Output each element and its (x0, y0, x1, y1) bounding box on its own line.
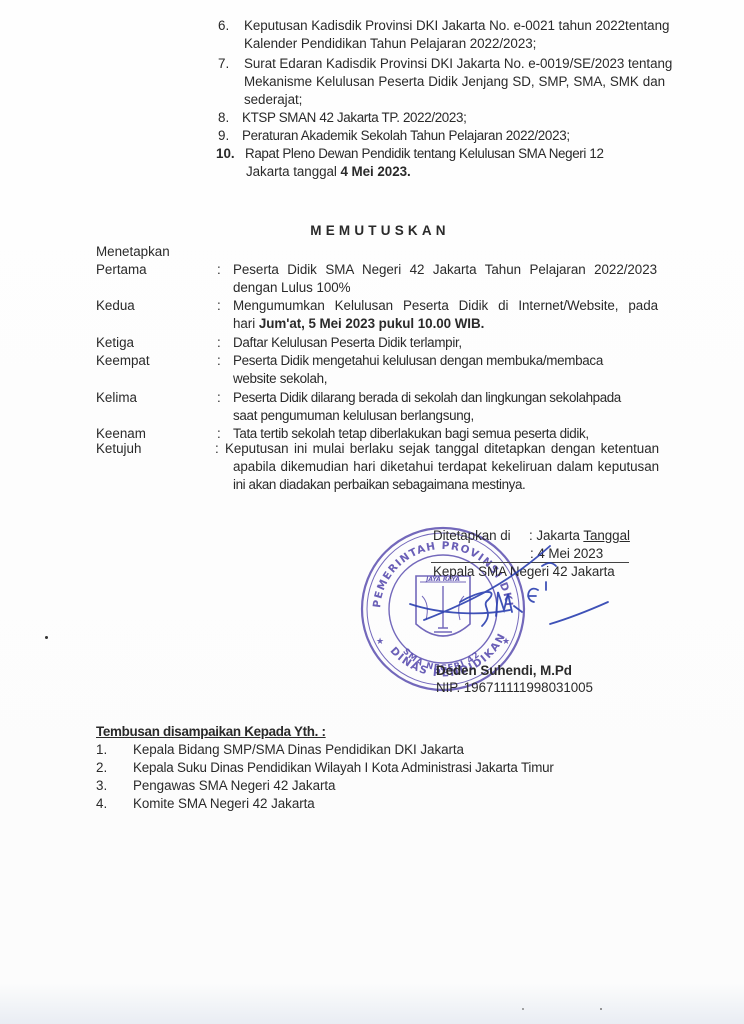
list-item-line: Peraturan Akademik Sekolah Tahun Pelajar… (242, 127, 570, 144)
decision-label: Kelima (96, 389, 137, 406)
list-number: 6. (218, 17, 229, 34)
colon: : (217, 261, 221, 278)
decision-line: Daftar Kelulusan Peserta Didik terlampir… (233, 334, 462, 351)
colon: : (217, 334, 221, 351)
decision-label: Kedua (96, 297, 135, 314)
colon: : (217, 389, 221, 406)
list-item-line: Kalender Pendidikan Tahun Pelajaran 2022… (244, 35, 536, 52)
list-number: 7. (218, 55, 229, 72)
list-number: 9. (218, 127, 229, 144)
decision-line: Mengumumkan Kelulusan Peserta Didik di I… (233, 297, 658, 314)
list-item-line: KTSP SMAN 42 Jakarta TP. 2022/2023; (242, 109, 466, 126)
decision-label: Pertama (96, 261, 147, 278)
copies-heading: Tembusan disampaikan Kepada Yth. : (96, 723, 326, 740)
colon: : (217, 352, 221, 369)
list-number: 8. (218, 109, 229, 126)
decision-line: hari Jum'at, 5 Mei 2023 pukul 10.00 WIB. (233, 315, 484, 332)
list-item-line: sederajat; (244, 91, 302, 108)
copy-number: 3. (96, 777, 107, 794)
decision-line: Keputusan ini mulai berlaku sejak tangga… (225, 440, 659, 457)
decision-title: MEMUTUSKAN (0, 223, 744, 238)
copy-recipient: Pengawas SMA Negeri 42 Jakarta (133, 777, 335, 794)
decision-line: Peserta Didik SMA Negeri 42 Jakarta Tahu… (233, 261, 657, 278)
list-item-line: Jakarta tanggal 4 Mei 2023. (246, 163, 411, 180)
meeting-date: 4 Mei 2023. (340, 164, 410, 179)
copy-number: 4. (96, 795, 107, 812)
list-item-line: Surat Edaran Kadisdik Provinsi DKI Jakar… (244, 55, 672, 72)
document-page: 6. Keputusan Kadisdik Provinsi DKI Jakar… (0, 0, 744, 1024)
list-item-line: Keputusan Kadisdik Provinsi DKI Jakarta … (244, 17, 669, 34)
colon: : (217, 297, 221, 314)
signatory-name: Deden Suhendi, M.Pd (436, 662, 572, 679)
copy-number: 1. (96, 741, 107, 758)
decision-line: saat pengumuman kelulusan berlangsung, (233, 407, 474, 424)
copy-recipient: Komite SMA Negeri 42 Jakarta (133, 795, 315, 812)
copy-recipient: Kepala Suku Dinas Pendidikan Wilayah I K… (133, 759, 554, 776)
list-number: 10. (216, 145, 235, 162)
list-item-line: Rapat Pleno Dewan Pendidik tentang Kelul… (245, 145, 604, 162)
list-item-line: Mekanisme Kelulusan Peserta Didik Jenjan… (244, 73, 665, 90)
decision-line: apabila dikemudian hari diketahui terdap… (233, 458, 659, 475)
decision-label: Ketiga (96, 334, 134, 351)
decision-line: dengan Lulus 100% (233, 279, 351, 296)
colon: : (215, 440, 219, 457)
decision-line: Peserta Didik mengetahui kelulusan denga… (233, 352, 603, 369)
signatory-nip: NIP. 196711111998031005 (436, 679, 593, 696)
menetapkan-label: Menetapkan (96, 243, 170, 260)
decision-label: Keempat (96, 352, 150, 369)
scan-speck (45, 636, 48, 639)
copy-recipient: Kepala Bidang SMP/SMA Dinas Pendidikan D… (133, 741, 464, 758)
scan-speck (522, 1008, 524, 1010)
announcement-datetime: Jum'at, 5 Mei 2023 pukul 10.00 WIB. (259, 316, 484, 331)
handwritten-signature (400, 540, 620, 660)
decision-label: Ketujuh (96, 440, 141, 457)
decision-line: Peserta Didik dilarang berada di sekolah… (233, 389, 621, 406)
decision-line: ini akan diadakan perbaikan sebagaimana … (233, 476, 525, 493)
svg-text:★: ★ (376, 637, 384, 647)
copy-number: 2. (96, 759, 107, 776)
scan-speck (600, 1008, 602, 1010)
decision-line: website sekolah, (233, 370, 327, 387)
